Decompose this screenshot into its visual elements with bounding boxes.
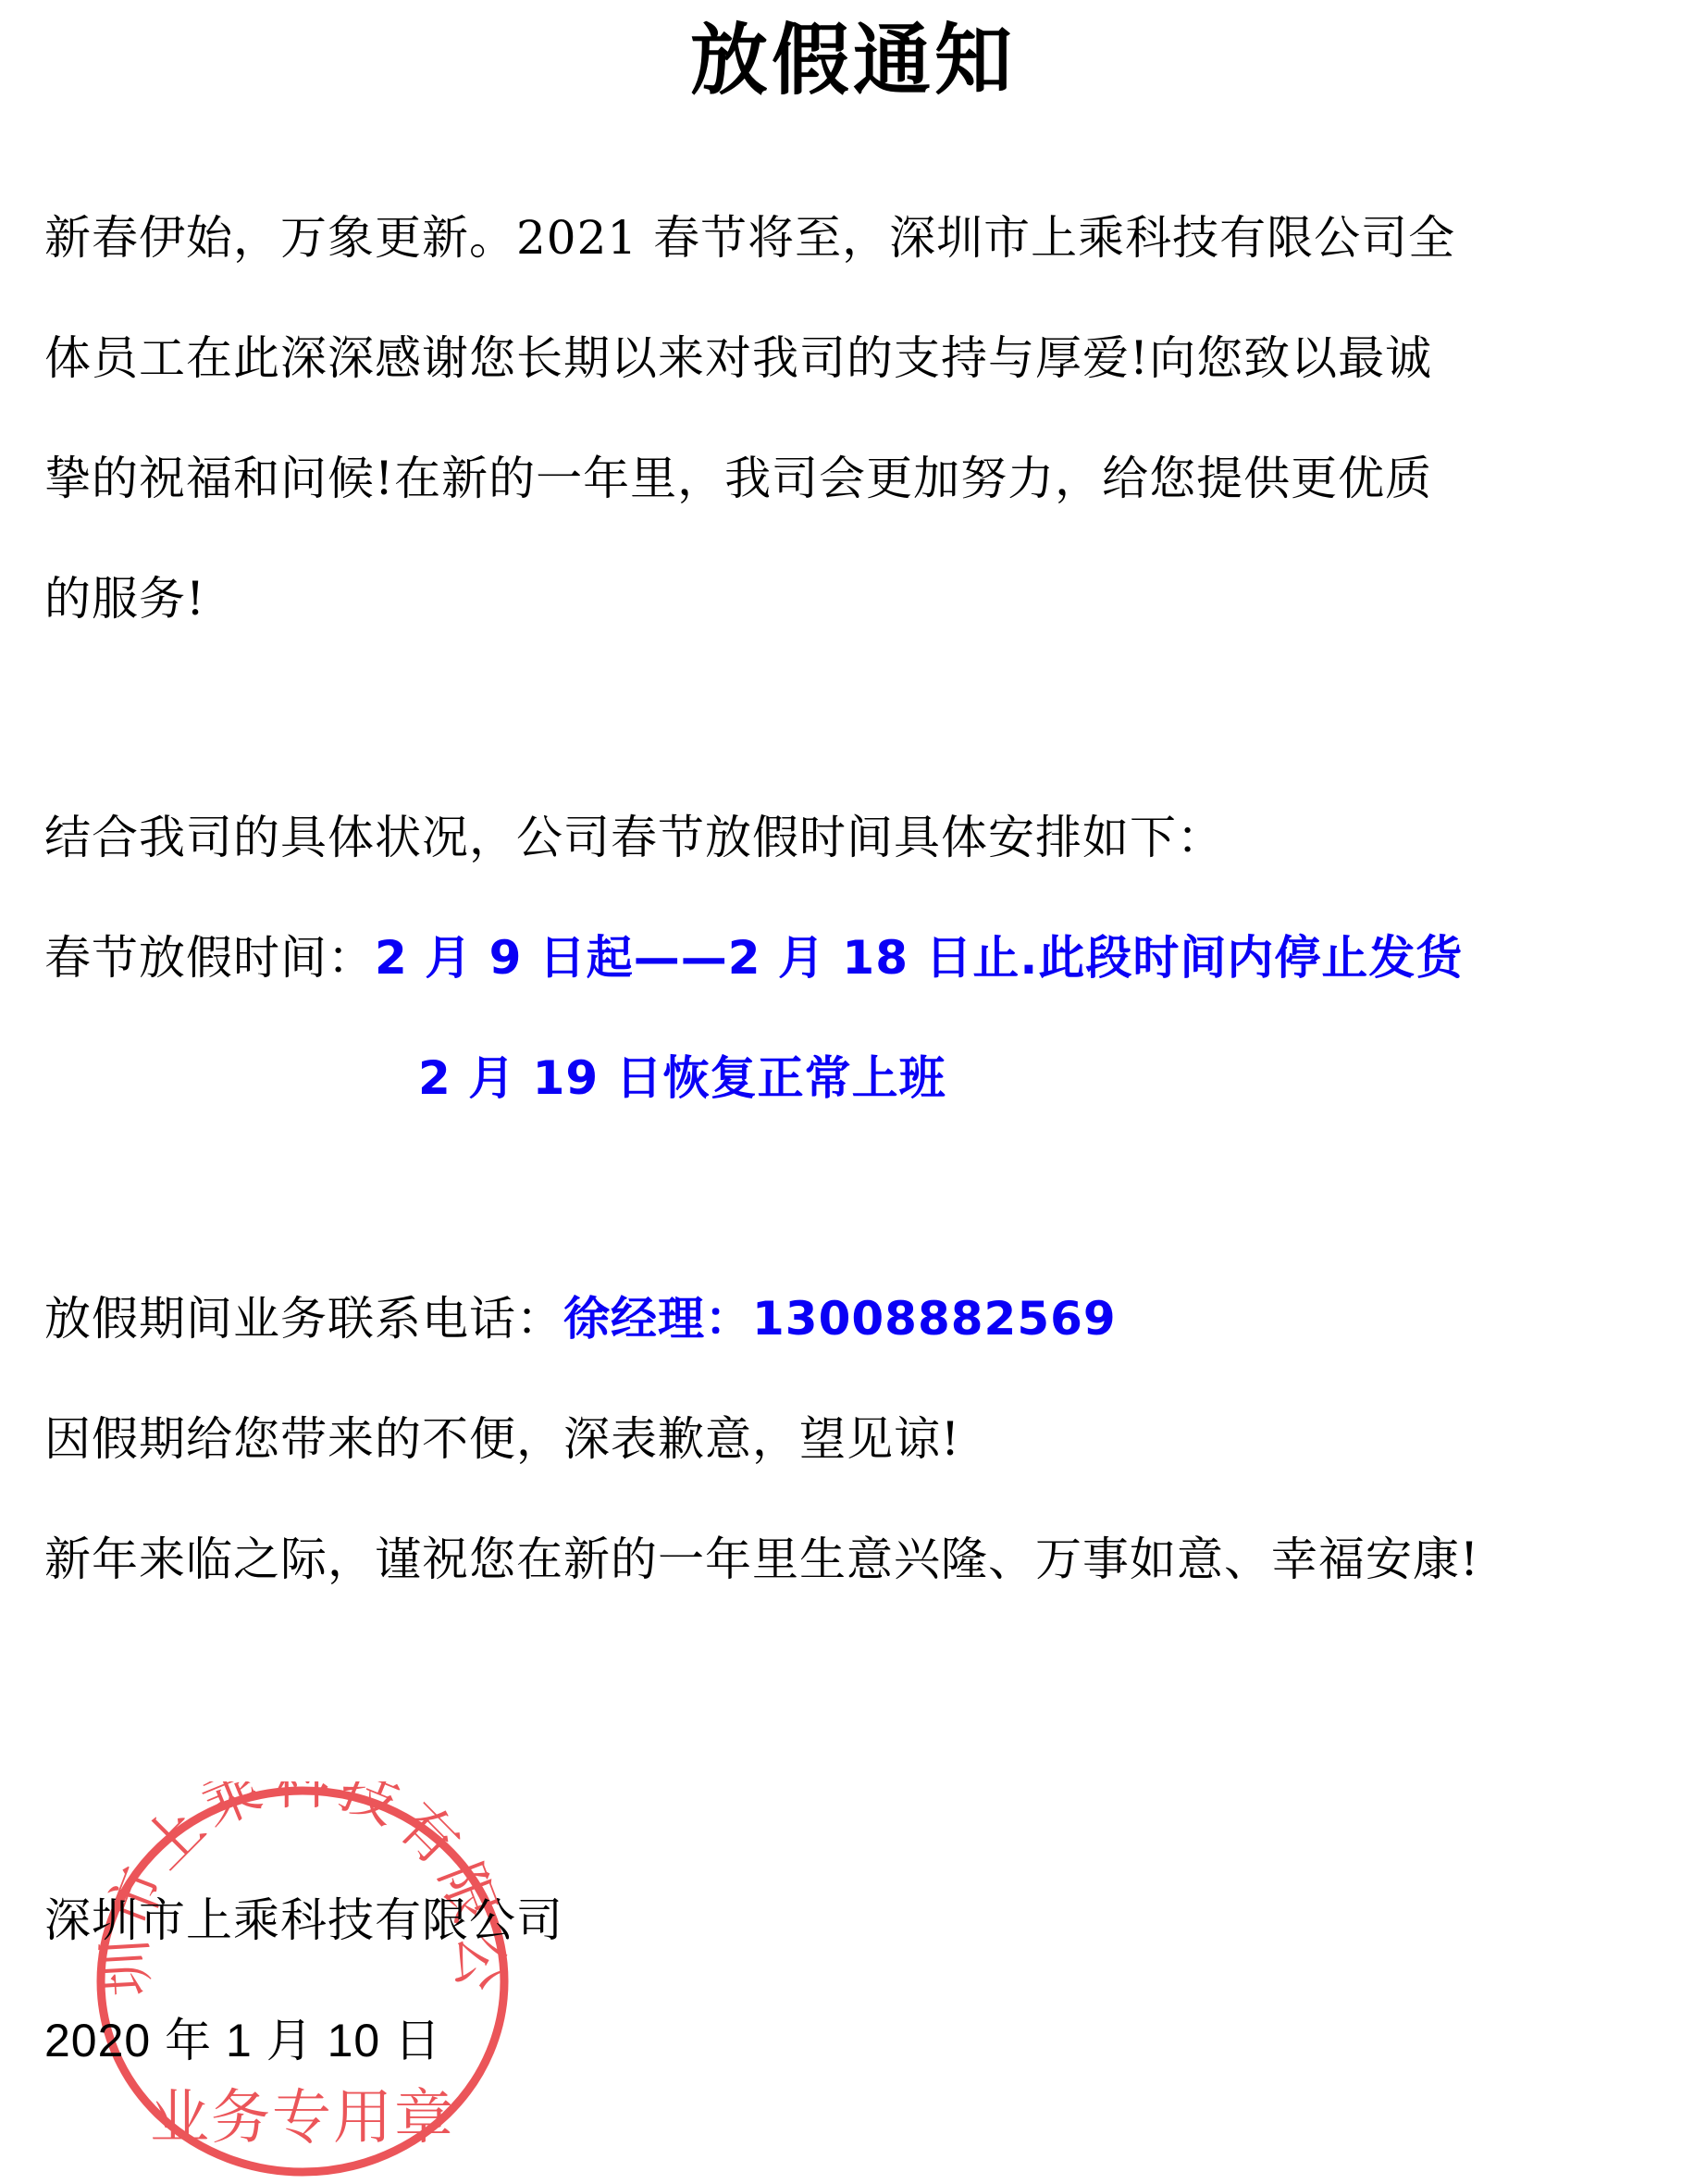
signature-company: 深圳市上乘科技有限公司	[44, 1888, 563, 1953]
intro-line-1: 新春伊始，万象更新。2021 春节将至，深圳市上乘科技有限公司全	[44, 205, 1455, 270]
contact-name: 徐经理：	[563, 1292, 752, 1346]
holiday-resume-row: 2 月 19 日恢复正常上班	[418, 1046, 946, 1111]
company-seal-stamp: 深圳市上乘科技有限公司 业务专用章	[93, 1781, 513, 2181]
holiday-resume-value: 2 月 19 日恢复正常上班	[418, 1051, 946, 1105]
holiday-period-row: 春节放假时间：2 月 9 日起——2 月 18 日止.此段时间内停止发货	[44, 925, 1463, 990]
contact-row: 放假期间业务联系电话：徐经理：13008882569	[44, 1286, 1117, 1351]
intro-line-2: 体员工在此深深感谢您长期以来对我司的支持与厚爱!向您致以最诚	[44, 326, 1432, 391]
notice-title: 放假通知	[0, 9, 1706, 111]
apology-line: 因假期给您带来的不便，深表歉意，望见谅!	[44, 1407, 960, 1471]
wishes-line: 新年来临之际，谨祝您在新的一年里生意兴隆、万事如意、幸福安康!	[44, 1527, 1479, 1592]
contact-phone[interactable]: 13008882569	[752, 1292, 1117, 1346]
signature-date: 2020 年 1 月 10 日	[44, 2008, 441, 2073]
intro-line-4: 的服务!	[44, 566, 205, 631]
holiday-period-value: 2 月 9 日起——2 月 18 日止.此段时间内停止发货	[375, 931, 1463, 985]
contact-label: 放假期间业务联系电话：	[44, 1292, 563, 1346]
stamp-center-text: 业务专用章	[150, 2084, 455, 2153]
arrangement-intro: 结合我司的具体状况，公司春节放假时间具体安排如下：	[44, 805, 1224, 870]
intro-line-3: 挚的祝福和问候!在新的一年里，我司会更加努力，给您提供更优质	[44, 446, 1432, 511]
holiday-period-label: 春节放假时间：	[44, 931, 375, 985]
